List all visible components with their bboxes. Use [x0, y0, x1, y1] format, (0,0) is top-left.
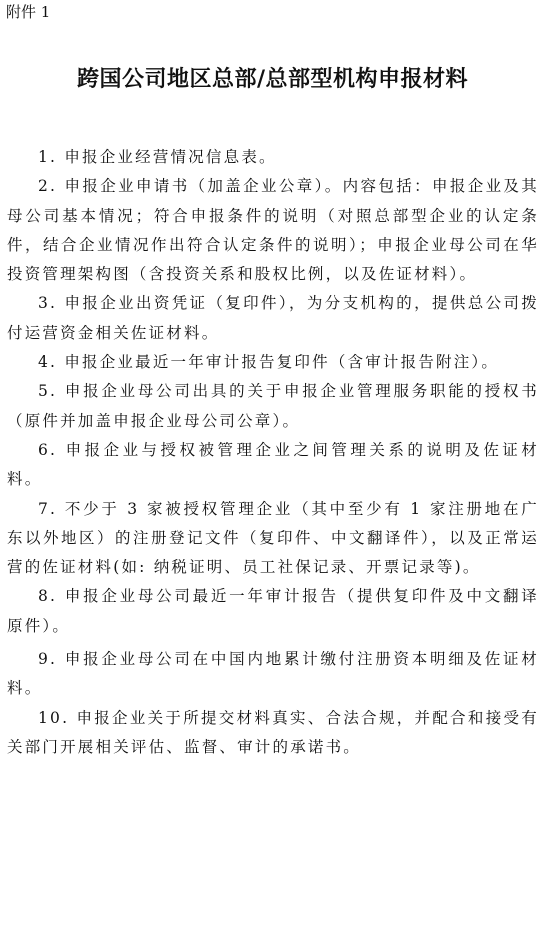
- list-item-2: 2. 申报企业申请书（加盖企业公章）。内容包括：申报企业及其母公司基本情况；符合…: [7, 172, 539, 289]
- list-item-3: 3. 申报企业出资凭证（复印件），为分支机构的，提供总公司拨付运营资金相关佐证材…: [7, 289, 539, 348]
- list-item-4: 4. 申报企业最近一年审计报告复印件（含审计报告附注）。: [7, 348, 539, 377]
- list-item-1: 1. 申报企业经营情况信息表。: [7, 143, 539, 172]
- list-item-10: 10. 申报企业关于所提交材料真实、合法合规，并配合和接受有关部门开展相关评估、…: [7, 704, 539, 763]
- list-item-9: 9. 申报企业母公司在中国内地累计缴付注册资本明细及佐证材料。: [7, 645, 539, 704]
- materials-list: 1. 申报企业经营情况信息表。 2. 申报企业申请书（加盖企业公章）。内容包括：…: [7, 143, 539, 762]
- list-item-8: 8. 申报企业母公司最近一年审计报告（提供复印件及中文翻译原件）。: [7, 582, 539, 641]
- list-item-7: 7. 不少于 3 家被授权管理企业（其中至少有 1 家注册地在广东以外地区）的注…: [7, 495, 539, 583]
- document-title: 跨国公司地区总部/总部型机构申报材料: [0, 62, 545, 98]
- list-item-5: 5. 申报企业母公司出具的关于申报企业管理服务职能的授权书（原件并加盖申报企业母…: [7, 377, 539, 436]
- list-item-6: 6. 申报企业与授权被管理企业之间管理关系的说明及佐证材料。: [7, 436, 539, 495]
- attachment-label: 附件 1: [6, 2, 50, 22]
